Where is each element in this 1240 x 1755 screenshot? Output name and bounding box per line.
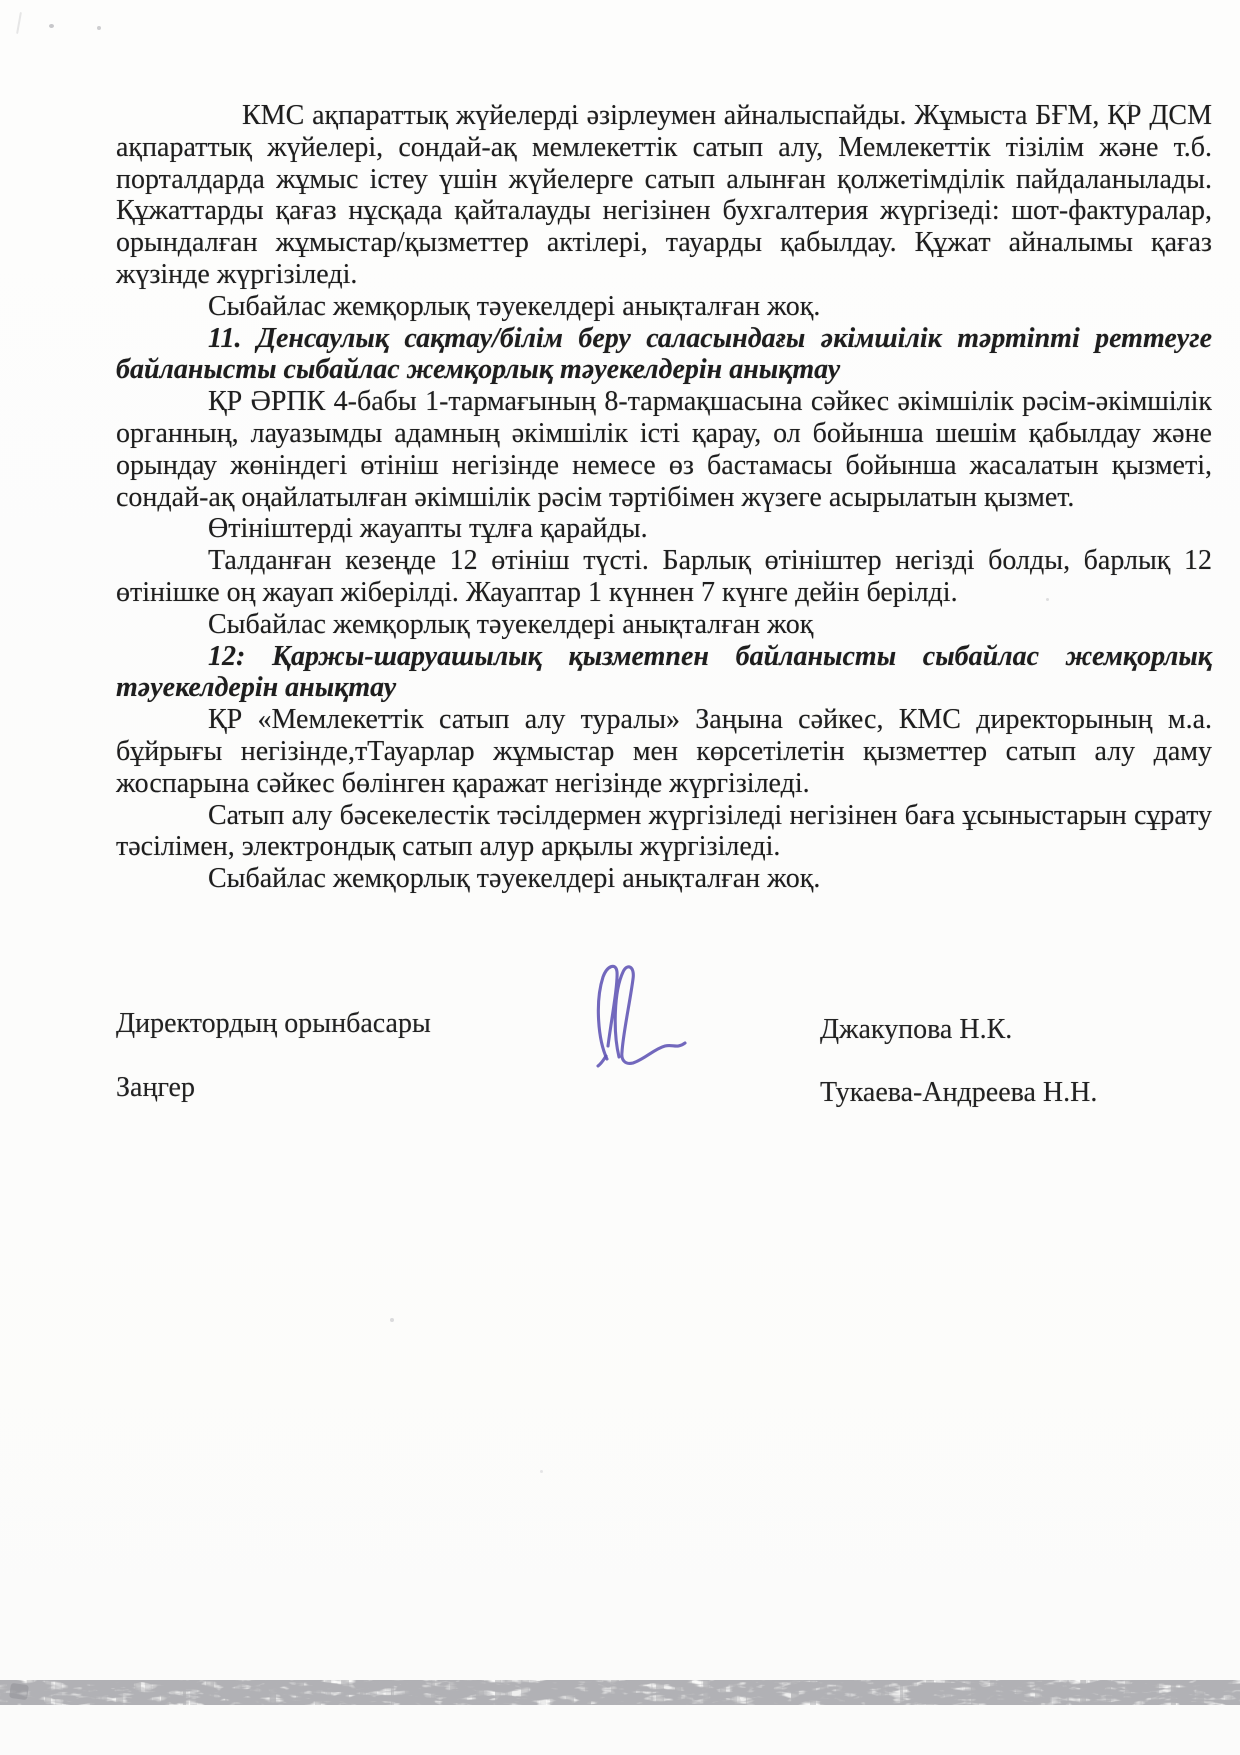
scan-speck [49,24,54,28]
handwritten-signature [568,960,704,1068]
scan-speck [1046,598,1049,601]
signature-role-deputy-director: Директордың орынбасары [116,1008,431,1040]
paragraph-no-risks-3: Сыбайлас жемқорлық тәуекелдері анықталға… [116,863,1212,895]
paragraph-procurement-methods: Сатып алу бәсекелестік тәсілдермен жүргі… [116,800,1212,864]
paragraph-kms-systems: КМС ақпараттық жүйелерді әзірлеумен айна… [116,100,1212,291]
signature-name-dzhakupova: Джакупова Н.К. [820,1014,1012,1046]
paragraph-procurement-law: ҚР «Мемлекеттік сатып алу туралы» Заңына… [116,704,1212,799]
signature-role-lawyer: Заңгер [116,1072,195,1104]
scan-artifact-blob [9,1683,29,1700]
paragraph-no-risks-2: Сыбайлас жемқорлық тәуекелдері анықталға… [116,609,1212,641]
scan-speck [390,1318,394,1322]
paragraph-applications-review: Өтініштерді жауапты тұлға қарайды. [116,513,1212,545]
scan-speck [16,12,22,34]
scan-speck [540,1470,543,1473]
document-text-block: КМС ақпараттық жүйелерді әзірлеумен айна… [116,100,1212,895]
section-heading-12: 12: Қаржы-шаруашылық қызметпен байланыст… [116,641,1212,705]
paragraph-arpk-article: ҚР ӘРПК 4-бабы 1-тармағының 8-тармақшасы… [116,386,1212,513]
scan-speck [97,26,101,30]
paragraph-no-risks-1: Сыбайлас жемқорлық тәуекелдері анықталға… [116,291,1212,323]
scanner-noise-texture [0,1678,1240,1707]
scanned-document-page: КМС ақпараттық жүйелерді әзірлеумен айна… [0,0,1240,1755]
scan-speck [1128,101,1131,107]
section-heading-11: 11. Денсаулық сақтау/білім беру саласынд… [116,323,1212,387]
signature-name-tukaeva: Тукаева-Андреева Н.Н. [820,1077,1097,1109]
